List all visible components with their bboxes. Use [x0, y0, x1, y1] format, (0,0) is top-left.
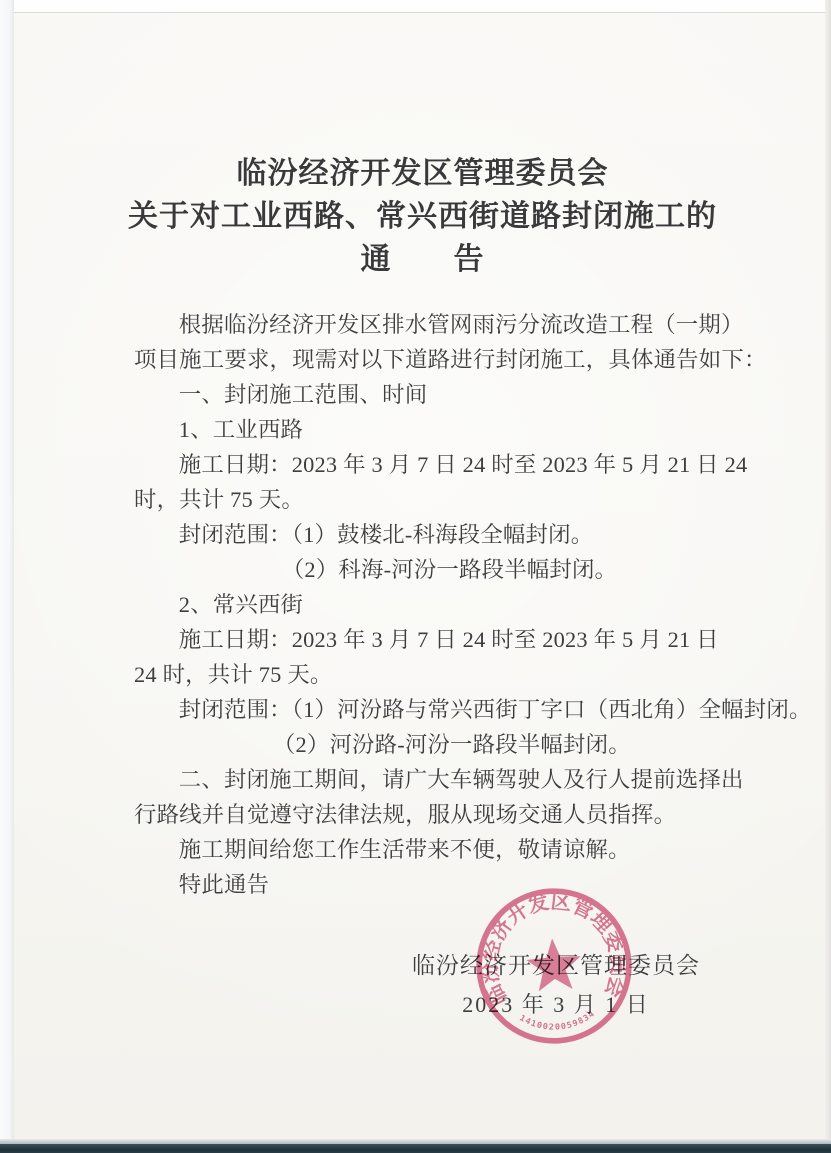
photo-bottom-dark-bar: [0, 1144, 831, 1153]
svg-text:1410020059834: 1410020059834: [517, 1007, 597, 1034]
body-line: 封闭范围：（1）河汾路与常兴西街丁字口（西北角）全幅封闭。: [134, 692, 774, 727]
notice-paper: 临汾经济开发区管理委员会 关于对工业西路、常兴西街道路封闭施工的 通 告 根据临…: [14, 13, 825, 1139]
title-type-line: 通 告: [14, 238, 831, 281]
body-line: 特此通告: [134, 867, 774, 902]
body-line: 封闭范围：（1）鼓楼北-科海段全幅封闭。: [134, 517, 774, 552]
photo-left-edge: [0, 0, 14, 1153]
body-line: 2、常兴西街: [134, 587, 774, 622]
body-line: （2）河汾路-河汾一路段半幅封闭。: [134, 727, 774, 762]
seal-star-icon: [525, 936, 583, 992]
official-seal-stamp: 临汾经济开发区管理委员会 1410020059834: [466, 878, 641, 1053]
body-line: 24 时，共计 75 天。: [134, 657, 774, 692]
body-line: 一、封闭施工范围、时间: [134, 377, 774, 412]
body-line: 施工日期：2023 年 3 月 7 日 24 时至 2023 年 5 月 21 …: [134, 447, 774, 482]
notice-title: 临汾经济开发区管理委员会 关于对工业西路、常兴西街道路封闭施工的 通 告: [14, 152, 831, 281]
notice-body: 根据临汾经济开发区排水管网雨污分流改造工程（一期）项目施工要求，现需对以下道路进…: [134, 307, 774, 902]
body-line: 根据临汾经济开发区排水管网雨污分流改造工程（一期）: [134, 307, 774, 342]
body-line: 施工期间给您工作生活带来不便，敬请谅解。: [134, 832, 774, 867]
body-line: 行路线并自觉遵守法律法规，服从现场交通人员指挥。: [134, 797, 774, 832]
title-subject-line: 关于对工业西路、常兴西街道路封闭施工的: [14, 195, 831, 238]
body-line: 二、封闭施工期间，请广大车辆驾驶人及行人提前选择出: [134, 762, 774, 797]
body-line: 施工日期：2023 年 3 月 7 日 24 时至 2023 年 5 月 21 …: [134, 622, 774, 657]
body-line: （2）科海-河汾一路段半幅封闭。: [134, 552, 774, 587]
body-line: 1、工业西路: [134, 412, 774, 447]
title-org-line: 临汾经济开发区管理委员会: [14, 152, 831, 195]
seal-code-text: 1410020059834: [517, 1007, 597, 1034]
body-line: 项目施工要求，现需对以下道路进行封闭施工，具体通告如下：: [134, 342, 774, 377]
photo-top-edge: [0, 0, 831, 13]
scanned-photo: 临汾经济开发区管理委员会 关于对工业西路、常兴西街道路封闭施工的 通 告 根据临…: [0, 0, 831, 1153]
photo-right-edge: [825, 0, 831, 1153]
body-line: 时，共计 75 天。: [134, 482, 774, 517]
